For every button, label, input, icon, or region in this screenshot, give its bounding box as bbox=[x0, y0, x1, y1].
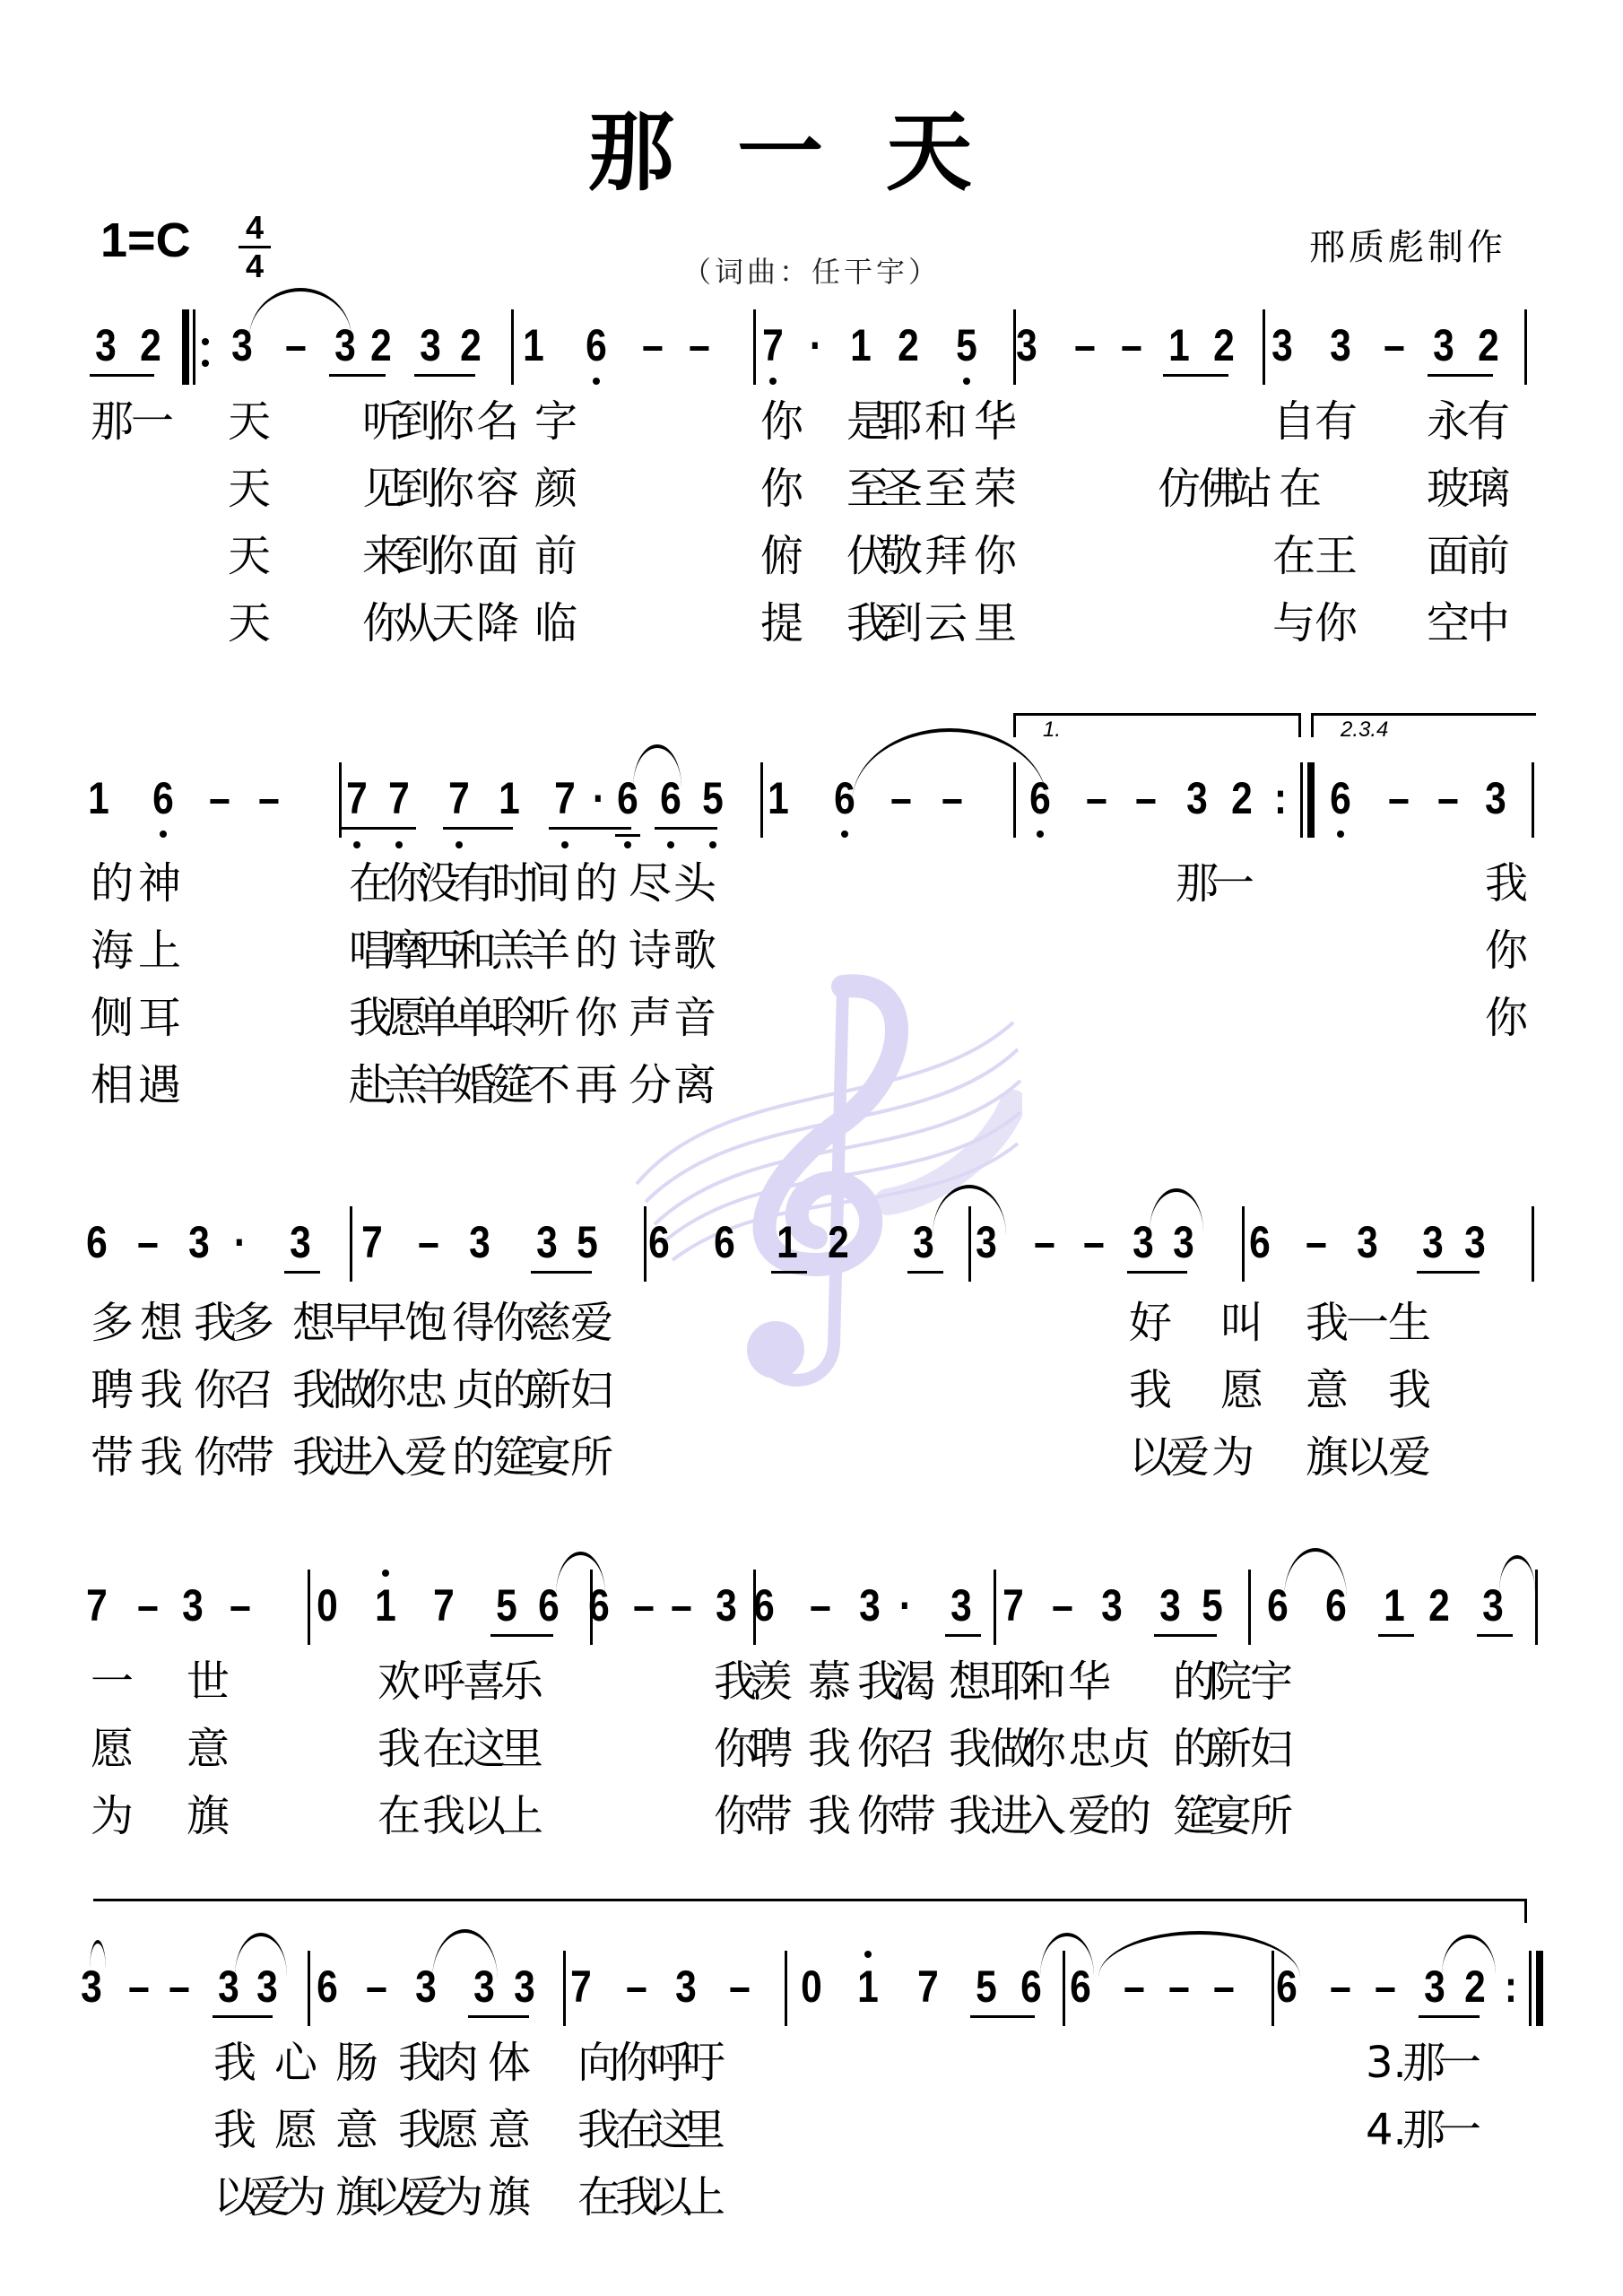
bar-line bbox=[644, 1206, 647, 1282]
slur-tie bbox=[1098, 1931, 1300, 1978]
lyric-char: 永 bbox=[1427, 396, 1470, 447]
lyric-char: 意 bbox=[187, 1724, 230, 1774]
lyric-char: 体 bbox=[488, 2038, 531, 2088]
lyric-char: 里 bbox=[682, 2105, 725, 2155]
bar-line bbox=[753, 309, 756, 385]
note: 6 bbox=[1325, 771, 1356, 825]
lyric-char: 我 bbox=[1306, 1298, 1349, 1348]
underline-8th bbox=[1428, 374, 1493, 377]
note: 3 bbox=[1097, 1578, 1127, 1632]
note: 7 bbox=[444, 771, 474, 825]
bar-line bbox=[1535, 1570, 1538, 1645]
lyric-char: 向 bbox=[577, 2038, 621, 2088]
note: 6 bbox=[581, 318, 612, 372]
lyric-char: 尽 bbox=[629, 858, 672, 909]
dash-extension: – bbox=[1029, 1215, 1060, 1269]
lyric-char: 你 bbox=[1315, 598, 1358, 648]
bar-line bbox=[1529, 1951, 1532, 2026]
lyric-char: 璃 bbox=[1467, 464, 1510, 514]
lyric-char: 一 bbox=[1438, 2105, 1481, 2155]
note: 7 bbox=[429, 1578, 459, 1632]
underline-8th bbox=[1163, 374, 1228, 377]
low-octave-dot bbox=[841, 831, 848, 838]
underline-8th bbox=[1417, 1271, 1480, 1274]
dash-extension: – bbox=[1116, 318, 1147, 372]
dash-extension: – bbox=[1047, 1578, 1078, 1632]
lyric-char: 的 bbox=[91, 858, 134, 909]
note: 7 bbox=[357, 1215, 387, 1269]
lyric-char: 爱 bbox=[404, 1432, 447, 1483]
note: 5 bbox=[1197, 1578, 1228, 1632]
lyric-char: 和 bbox=[924, 396, 968, 447]
bar-line bbox=[994, 1570, 996, 1645]
lyric-char: 在 bbox=[577, 2172, 621, 2222]
volta-label: 1. bbox=[1043, 717, 1061, 743]
note: 3 bbox=[855, 1578, 885, 1632]
high-octave-dot bbox=[864, 1951, 872, 1958]
lyric-char: 侧 bbox=[91, 993, 134, 1043]
repeat-dot bbox=[202, 360, 209, 367]
note: 3 bbox=[464, 1215, 495, 1269]
underline-8th bbox=[655, 827, 717, 830]
note: 7 bbox=[913, 1960, 943, 2013]
lyric-char: 呼 bbox=[422, 1657, 465, 1707]
lyric-char: 慕 bbox=[808, 1657, 851, 1707]
slur-tie bbox=[235, 1933, 287, 1976]
lyric-char: 天 bbox=[228, 531, 271, 581]
lyric-char: 头 bbox=[673, 858, 716, 909]
volta-bracket: 2.3.4 bbox=[1311, 713, 1536, 737]
note: 3 bbox=[532, 1215, 562, 1269]
bar-line bbox=[1524, 309, 1527, 385]
note: 5 bbox=[951, 318, 982, 372]
lyric-char: 颜 bbox=[534, 464, 577, 514]
note: 2 bbox=[1473, 318, 1504, 372]
lyric-char: 忠 bbox=[404, 1365, 447, 1415]
note: 3 bbox=[509, 1960, 540, 2013]
lyric-char: 带 bbox=[91, 1432, 134, 1483]
lyric-char: 贞 bbox=[1108, 1724, 1151, 1774]
slur-tie bbox=[1442, 1935, 1496, 1974]
note: 6 bbox=[82, 1215, 112, 1269]
lyric-char: 荣 bbox=[974, 464, 1017, 514]
dash-extension: – bbox=[725, 1960, 755, 2013]
lyric-char: 的 bbox=[575, 926, 618, 976]
lyric-char: 羡 bbox=[750, 1657, 793, 1707]
bar-line bbox=[339, 762, 342, 838]
note: 2 bbox=[1424, 1578, 1454, 1632]
bar-line bbox=[760, 762, 763, 838]
note: 3 bbox=[946, 1578, 976, 1632]
note: 1 bbox=[1164, 318, 1194, 372]
lyric-char: 空 bbox=[1427, 598, 1470, 648]
note: 7 bbox=[998, 1578, 1028, 1632]
lyric-char: 一 bbox=[131, 396, 174, 447]
bar-line bbox=[350, 1206, 352, 1282]
lyric-char: 乐 bbox=[500, 1657, 543, 1707]
dash-extension: – bbox=[1301, 1215, 1332, 1269]
lyric-char: 婚 bbox=[454, 1060, 497, 1110]
low-octave-dot bbox=[667, 841, 674, 848]
lyric-char: 你 bbox=[364, 1365, 407, 1415]
lyric-char: 在 bbox=[422, 1724, 465, 1774]
lyric-char: 你 bbox=[760, 464, 803, 514]
lyric-char: 你 bbox=[760, 396, 803, 447]
dash-extension: – bbox=[1370, 1960, 1401, 2013]
lyric-char: 我 bbox=[949, 1791, 992, 1841]
dash-extension: – bbox=[1079, 1215, 1109, 1269]
lyric-char: 得 bbox=[452, 1298, 495, 1348]
lyric-char: 以 bbox=[1129, 1432, 1172, 1483]
lyric-char: 遇 bbox=[138, 1060, 181, 1110]
lyric-char: 自 bbox=[1272, 396, 1315, 447]
slur-tie bbox=[852, 728, 1047, 804]
note: 5 bbox=[698, 771, 728, 825]
lyric-char: 间 bbox=[527, 858, 570, 909]
lyric-char: 和 bbox=[1023, 1657, 1066, 1707]
note: 3 bbox=[1325, 318, 1356, 372]
volta-bracket: 1. bbox=[1013, 713, 1301, 737]
lyric-char: 我 bbox=[398, 2038, 441, 2088]
lyric-char: 上 bbox=[500, 1791, 543, 1841]
lyric-char: 有 bbox=[1315, 396, 1358, 447]
lyric-char: 叫 bbox=[1220, 1298, 1263, 1348]
lyric-char: 渴 bbox=[893, 1657, 936, 1707]
low-octave-dot bbox=[395, 841, 403, 848]
lyric-char: 天 bbox=[228, 598, 271, 648]
final-bar bbox=[1536, 1951, 1543, 2026]
lyric-char: 你 bbox=[575, 993, 618, 1043]
lyric-char: 上 bbox=[138, 926, 181, 976]
note: 6 bbox=[312, 1960, 343, 2013]
lyric-char: 你 bbox=[431, 396, 474, 447]
lyric-char: 与 bbox=[1272, 598, 1315, 648]
lyric-char: 一 bbox=[1438, 2038, 1481, 2088]
lyric-char: 带 bbox=[893, 1791, 936, 1841]
dash-extension: – bbox=[225, 1578, 256, 1632]
lyric-char: 院 bbox=[1209, 1657, 1252, 1707]
lyric-char: 你 bbox=[431, 531, 474, 581]
lyric-char: 肉 bbox=[436, 2038, 479, 2088]
note: 1 bbox=[494, 771, 525, 825]
lyric-char: 吁 bbox=[682, 2038, 725, 2088]
underline-8th bbox=[329, 374, 386, 377]
note: 7 bbox=[758, 318, 788, 372]
underline-8th bbox=[341, 827, 416, 830]
lyric-char: 想 bbox=[140, 1298, 183, 1348]
bar-line bbox=[1532, 1206, 1534, 1282]
lyric-char: 新 bbox=[528, 1365, 571, 1415]
lyric-char: 站 bbox=[1229, 464, 1272, 514]
note: 7 bbox=[550, 771, 580, 825]
dash-extension: – bbox=[1131, 771, 1161, 825]
lyric-char: 以 bbox=[463, 1791, 506, 1841]
note: 6 bbox=[1245, 1215, 1275, 1269]
lyric-char: 我 bbox=[422, 1791, 465, 1841]
low-octave-dot bbox=[709, 841, 716, 848]
lyric-char: 宴 bbox=[528, 1432, 571, 1483]
lyric-char: 我 bbox=[213, 2038, 256, 2088]
note: 1 bbox=[83, 771, 114, 825]
note: 3 bbox=[1352, 1215, 1383, 1269]
lyric-char: 我 bbox=[1388, 1365, 1431, 1415]
lyric-char: 想 bbox=[949, 1657, 992, 1707]
lyric-char: 容 bbox=[476, 464, 519, 514]
underline-8th bbox=[414, 374, 475, 377]
volta-label: 2.3.4 bbox=[1341, 717, 1388, 743]
dash-extension: – bbox=[1379, 318, 1410, 372]
lyric-char: 离 bbox=[673, 1060, 716, 1110]
lyric-char: 3. bbox=[1366, 2038, 1407, 2088]
lyric-char: 我 bbox=[140, 1365, 183, 1415]
lyric-char: 在 bbox=[1272, 531, 1315, 581]
underline-16th bbox=[615, 834, 640, 837]
lyric-char: 字 bbox=[534, 396, 577, 447]
low-octave-dot bbox=[624, 841, 631, 848]
lyric-char: 你 bbox=[1023, 1724, 1066, 1774]
lyric-char: 至 bbox=[924, 464, 968, 514]
lyric-char: 带 bbox=[231, 1432, 274, 1483]
lyric-char: 面 bbox=[1427, 531, 1470, 581]
dash-extension: – bbox=[621, 1960, 652, 2013]
underline-8th bbox=[1419, 2015, 1480, 2018]
lyric-char: 里 bbox=[974, 598, 1017, 648]
lyric-char: 意 bbox=[335, 2105, 378, 2155]
lyric-char: 欢 bbox=[378, 1657, 421, 1707]
dot-augmentation: · bbox=[225, 1215, 256, 1269]
lyric-char: 生 bbox=[1388, 1298, 1431, 1348]
lyric-char: 里 bbox=[500, 1724, 543, 1774]
lyric-char: 敬 bbox=[880, 531, 923, 581]
underline-8th bbox=[490, 1634, 553, 1637]
lyric-char: 一 bbox=[91, 1657, 134, 1707]
underline-8th bbox=[213, 2015, 273, 2018]
note: 0 bbox=[796, 1960, 827, 2013]
lyric-char: 爱 bbox=[570, 1298, 613, 1348]
repeat-dots: : bbox=[1265, 771, 1296, 825]
dash-extension: – bbox=[413, 1215, 444, 1269]
dot-augmentation: · bbox=[584, 771, 614, 825]
lyric-char: 我 bbox=[292, 1432, 335, 1483]
lyric-char: 不 bbox=[527, 1060, 570, 1110]
lyric-char: 歌 bbox=[673, 926, 716, 976]
arranger-credit: 邢质彪制作 bbox=[1309, 219, 1506, 270]
note: 3 bbox=[415, 318, 446, 372]
lyric-char: 这 bbox=[463, 1724, 506, 1774]
lyric-char: 我 bbox=[398, 2105, 441, 2155]
underline-8th bbox=[284, 1271, 320, 1274]
lyric-char: 为 bbox=[1211, 1432, 1254, 1483]
underline-8th bbox=[443, 827, 513, 830]
lyric-char: 分 bbox=[629, 1060, 672, 1110]
bar-line bbox=[511, 309, 514, 385]
bar-line bbox=[1532, 762, 1534, 838]
lyric-char: 的 bbox=[1108, 1791, 1151, 1841]
note: 2 bbox=[823, 1215, 854, 1269]
slur-tie bbox=[249, 288, 352, 338]
lyric-char: 听 bbox=[527, 993, 570, 1043]
bar-line bbox=[1263, 309, 1265, 385]
dash-extension: – bbox=[1070, 318, 1100, 372]
lyric-char: 你 bbox=[1485, 926, 1528, 976]
lyric-char: 为 bbox=[283, 2172, 326, 2222]
repeat-dot bbox=[202, 338, 209, 345]
note: 3 bbox=[1418, 1215, 1448, 1269]
lyric-char: 以 bbox=[1346, 1432, 1389, 1483]
lyric-char: 多 bbox=[91, 1298, 134, 1348]
lyric-char: 单 bbox=[454, 993, 497, 1043]
slur-tie bbox=[556, 1552, 605, 1595]
dash-extension: – bbox=[1433, 771, 1463, 825]
lyric-char: 爱 bbox=[1167, 1432, 1210, 1483]
underline-8th bbox=[1378, 1634, 1414, 1637]
bar-line bbox=[1300, 762, 1303, 838]
lyric-char: 天 bbox=[431, 598, 474, 648]
low-octave-dot bbox=[456, 841, 463, 848]
lyric-char: 我 bbox=[378, 1724, 421, 1774]
bar-line bbox=[1242, 1206, 1245, 1282]
lyric-char: 耳 bbox=[138, 993, 181, 1043]
lyric-char: 华 bbox=[974, 396, 1017, 447]
dash-extension: – bbox=[1081, 771, 1112, 825]
low-octave-dot bbox=[1037, 831, 1044, 838]
lyric-char: 音 bbox=[673, 993, 716, 1043]
bar-line bbox=[308, 1570, 310, 1645]
dash-extension: – bbox=[666, 1578, 697, 1632]
bar-line bbox=[563, 1951, 566, 2026]
lyric-char: 4. bbox=[1366, 2105, 1407, 2155]
slur-tie bbox=[1040, 1933, 1094, 1976]
lyric-char: 忠 bbox=[1068, 1724, 1111, 1774]
dash-extension: – bbox=[1384, 771, 1414, 825]
note: 2 bbox=[1209, 318, 1239, 372]
dash-extension: – bbox=[133, 1215, 163, 1269]
low-octave-dot bbox=[561, 841, 568, 848]
lyric-char: 提 bbox=[760, 598, 803, 648]
note: 3 bbox=[285, 1215, 316, 1269]
note: 1 bbox=[763, 771, 794, 825]
note: 7 bbox=[342, 771, 372, 825]
note: 6 bbox=[148, 771, 178, 825]
dash-extension: – bbox=[361, 1960, 392, 2013]
lyric-char: 入 bbox=[364, 1432, 407, 1483]
lyric-char: 想 bbox=[292, 1298, 335, 1348]
lyric-char: 早 bbox=[364, 1298, 407, 1348]
underline-8th bbox=[907, 1271, 943, 1274]
bar-line bbox=[785, 1951, 787, 2026]
lyric-char: 心 bbox=[274, 2038, 317, 2088]
lyric-char: 为 bbox=[440, 2172, 483, 2222]
lyric-char: 爱 bbox=[1068, 1791, 1111, 1841]
dash-extension: – bbox=[805, 1578, 836, 1632]
lyric-char: 海 bbox=[91, 926, 134, 976]
note: 6 bbox=[709, 1215, 740, 1269]
lyric-char: 上 bbox=[682, 2172, 725, 2222]
note: 2 bbox=[893, 318, 924, 372]
lyric-char: 中 bbox=[1467, 598, 1510, 648]
underline-8th bbox=[1477, 1634, 1513, 1637]
lyric-char: 的 bbox=[452, 1432, 495, 1483]
underline-8th bbox=[90, 374, 154, 377]
note: 3 bbox=[1267, 318, 1298, 372]
underline-8th bbox=[1154, 1634, 1217, 1637]
lyric-char: 羊 bbox=[527, 926, 570, 976]
slur-tie bbox=[1150, 1188, 1203, 1231]
low-octave-dot bbox=[769, 378, 777, 385]
bar-line bbox=[308, 1951, 310, 2026]
note: 3 bbox=[711, 1578, 742, 1632]
lyric-char: 召 bbox=[893, 1724, 936, 1774]
lyric-char: 为 bbox=[91, 1791, 134, 1841]
lyric-char: 降 bbox=[476, 598, 519, 648]
dash-extension: – bbox=[204, 771, 235, 825]
lyric-char: 愿 bbox=[436, 2105, 479, 2155]
lyric-char: 喜 bbox=[463, 1657, 506, 1707]
lyric-char: 慈 bbox=[528, 1298, 571, 1348]
slur-tie bbox=[432, 1929, 498, 1979]
dash-extension: – bbox=[254, 771, 284, 825]
lyric-char: 我 bbox=[1129, 1365, 1172, 1415]
lyric-char: 你 bbox=[194, 1365, 237, 1415]
note: 5 bbox=[491, 1578, 522, 1632]
lyric-char: 意 bbox=[488, 2105, 531, 2155]
lyric-char: 好 bbox=[1129, 1298, 1172, 1348]
lyric-char: 前 bbox=[534, 531, 577, 581]
lyric-char: 神 bbox=[138, 858, 181, 909]
lyric-char: 我 bbox=[194, 1298, 237, 1348]
note: 3 bbox=[1460, 1215, 1490, 1269]
note: 7 bbox=[566, 1960, 596, 2013]
dot-augmentation: · bbox=[890, 1578, 921, 1632]
dash-extension: – bbox=[684, 318, 715, 372]
lyric-char: 所 bbox=[1250, 1791, 1293, 1841]
bar-line bbox=[753, 1570, 756, 1645]
lyric-char: 相 bbox=[91, 1060, 134, 1110]
note: 5 bbox=[971, 1960, 1002, 2013]
lyric-char: 到 bbox=[880, 598, 923, 648]
high-octave-dot bbox=[382, 1570, 389, 1577]
lyric-char: 玻 bbox=[1427, 464, 1470, 514]
dash-extension: – bbox=[133, 1578, 163, 1632]
lyric-char: 愿 bbox=[274, 2105, 317, 2155]
lyric-char: 旗 bbox=[488, 2172, 531, 2222]
lyric-char: 旗 bbox=[187, 1791, 230, 1841]
lyric-char: 声 bbox=[629, 993, 672, 1043]
lyric-char: 贞 bbox=[452, 1365, 495, 1415]
lyric-char: 华 bbox=[1068, 1657, 1111, 1707]
slur-tie bbox=[633, 744, 681, 787]
lyric-char: 有 bbox=[454, 858, 497, 909]
lyric-char: 多 bbox=[231, 1298, 274, 1348]
lyric-char: 王 bbox=[1315, 531, 1358, 581]
note: 1 bbox=[370, 1578, 401, 1632]
note: 3 bbox=[1428, 318, 1459, 372]
note: 3 bbox=[1155, 1578, 1185, 1632]
lyric-char: 妇 bbox=[1250, 1724, 1293, 1774]
low-octave-dot bbox=[160, 831, 167, 838]
note: 3 bbox=[91, 318, 121, 372]
low-octave-dot bbox=[353, 841, 360, 848]
lyric-char: 饱 bbox=[404, 1298, 447, 1348]
note: 1 bbox=[846, 318, 876, 372]
lyric-char: 旗 bbox=[1306, 1432, 1349, 1483]
lyric-char: 世 bbox=[187, 1657, 230, 1707]
lyric-char: 有 bbox=[1467, 396, 1510, 447]
dash-extension: – bbox=[1325, 1960, 1356, 2013]
note: 7 bbox=[82, 1578, 112, 1632]
lyric-char: 聘 bbox=[750, 1724, 793, 1774]
note: 3 bbox=[178, 1578, 208, 1632]
